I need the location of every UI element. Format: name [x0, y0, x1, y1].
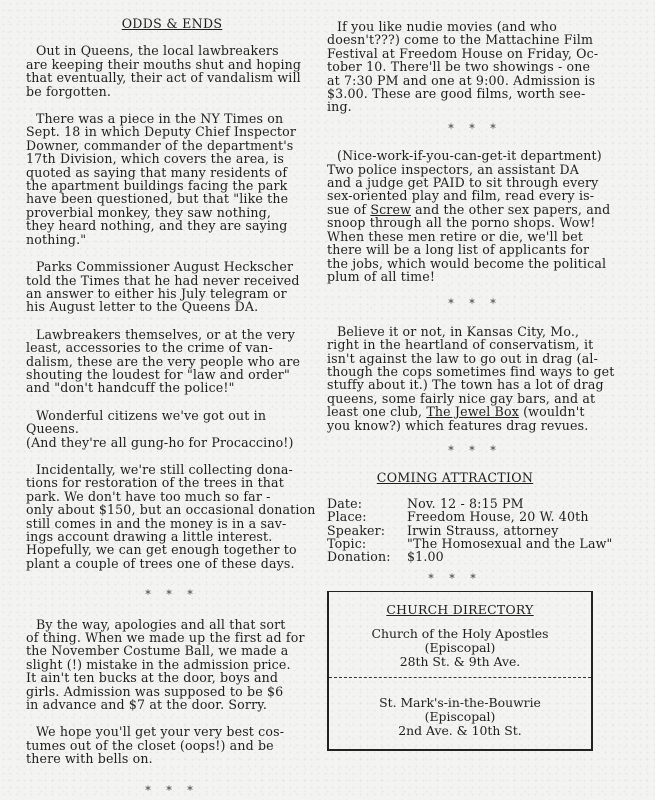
church-entry-st-marks: St. Mark's-in-the-Bouwrie (Episcopal) 2n… [329, 696, 591, 738]
paragraph-kansas-city: Believe it or not, in Kansas City, Mo., … [327, 325, 623, 432]
section-separator: * * * [26, 588, 318, 601]
event-row-place: Place: Freedom House, 20 W. 40th [327, 510, 612, 523]
church-directory-box: CHURCH DIRECTORY Church of the Holy Apos… [327, 591, 593, 751]
paragraph-nice-work: (Nice-work-if-you-can-get-it department)… [327, 149, 623, 283]
paragraph-queens-lawbreakers: Out in Queens, the local lawbreakers are… [26, 44, 318, 98]
paragraph-film-festival: If you like nudie movies (and who doesn'… [327, 20, 623, 114]
section-separator: * * * [327, 122, 623, 135]
paragraph-wonderful-citizens: Wonderful citizens we've got out in Quee… [26, 409, 318, 449]
odds-and-ends-heading: ODDS & ENDS [26, 17, 318, 30]
church-divider [329, 677, 591, 678]
section-separator: * * * [327, 444, 623, 457]
event-row-speaker: Speaker: Irwin Strauss, attorney [327, 524, 612, 537]
section-separator: * * * [26, 784, 318, 797]
section-separator: * * * [327, 297, 623, 310]
paragraph-parks-commissioner: Parks Commissioner August Heckscher told… [26, 260, 318, 314]
church-directory-title: CHURCH DIRECTORY [329, 602, 591, 617]
event-row-topic: Topic: "The Homosexual and the Law" [327, 537, 612, 550]
event-row-date: Date: Nov. 12 - 8:15 PM [327, 497, 612, 510]
paragraph-ny-times: There was a piece in the NY Times on Sep… [26, 112, 318, 246]
paragraph-bells-on: We hope you'll get your very best cos- t… [26, 725, 318, 765]
church-entry-holy-apostles: Church of the Holy Apostles (Episcopal) … [329, 627, 591, 669]
paragraph-donations: Incidentally, we're still collecting don… [26, 463, 318, 570]
coming-attraction-details: Date: Nov. 12 - 8:15 PM Place: Freedom H… [327, 497, 612, 564]
right-column: If you like nudie movies (and who doesn'… [327, 0, 623, 585]
paragraph-costume-ball-apology: By the way, apologies and all that sort … [26, 618, 318, 712]
event-row-donation: Donation: $1.00 [327, 550, 612, 563]
coming-attraction-heading: COMING ATTRACTION [327, 471, 583, 484]
left-column: ODDS & ENDS Out in Queens, the local law… [26, 0, 318, 797]
paragraph-lawbreakers-themselves: Lawbreakers themselves, or at the very l… [26, 328, 318, 395]
section-separator: * * * [327, 572, 583, 585]
